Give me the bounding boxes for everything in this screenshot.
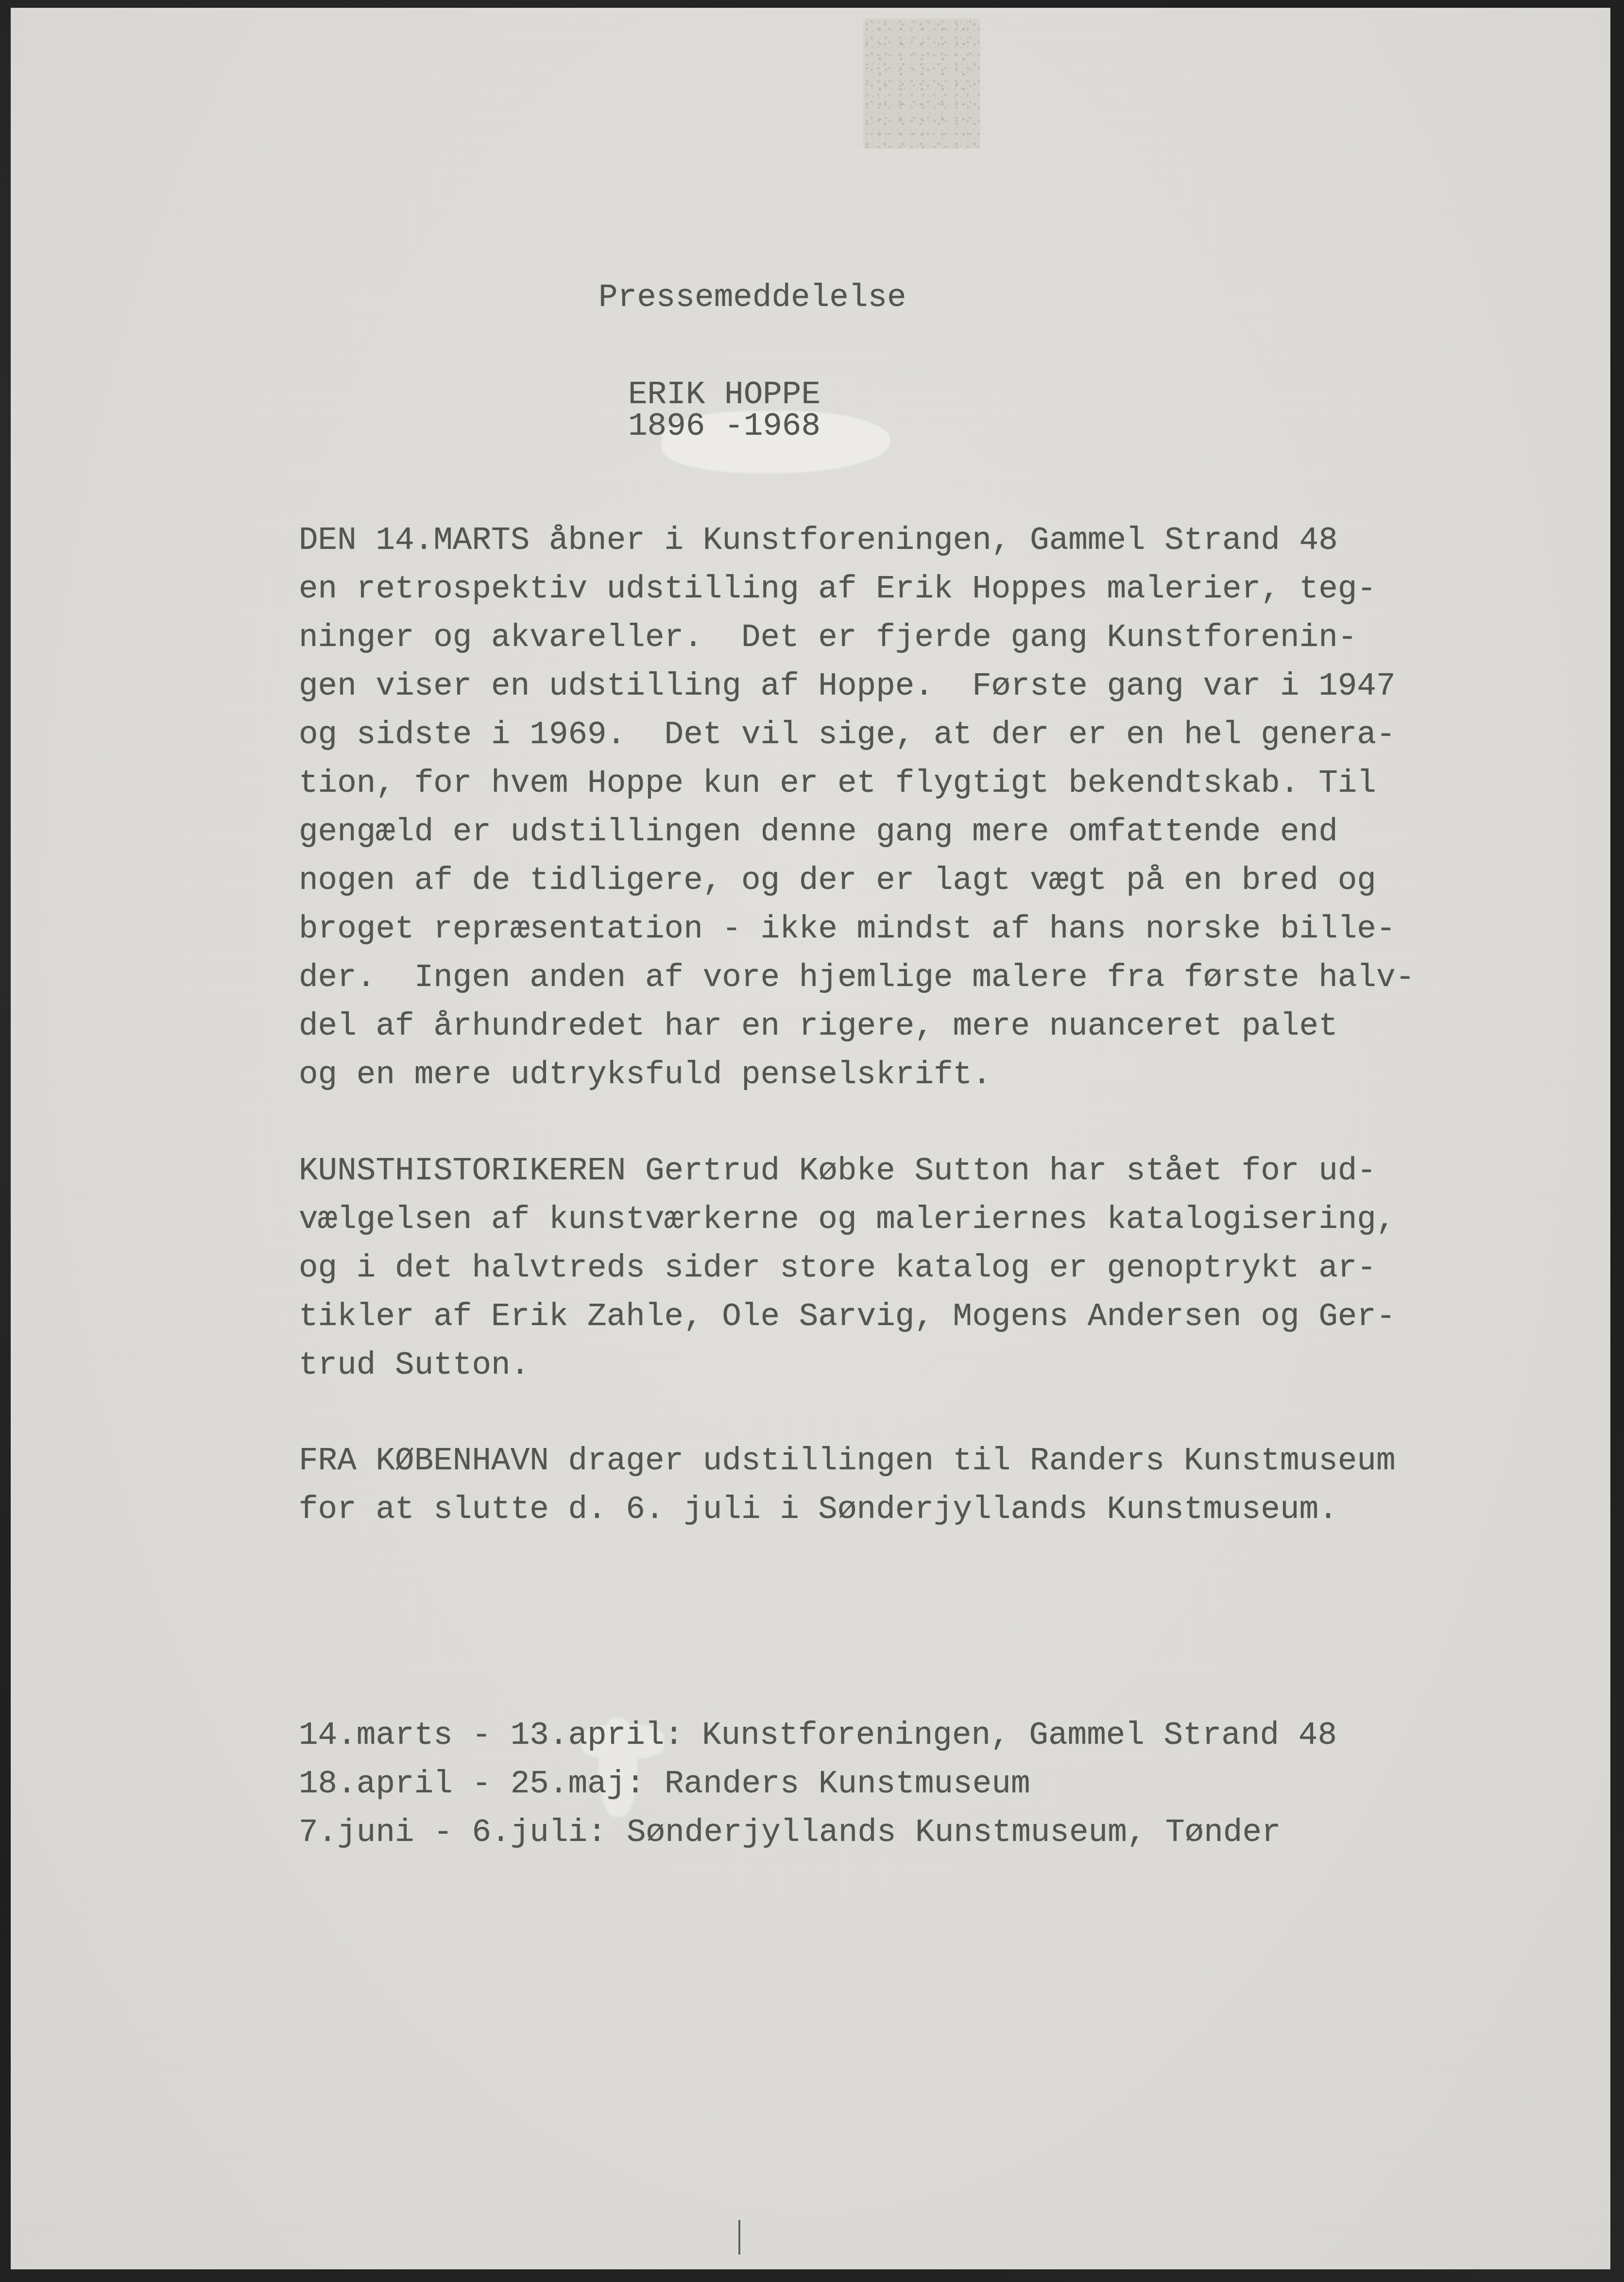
subject-dates: 1896 -1968 (628, 410, 821, 443)
paragraph-line: for at slutte d. 6. juli i Sønderjylland… (299, 1494, 1338, 1526)
subject-name: ERIK HOPPE (628, 379, 821, 411)
paragraph-line: og i det halvtreds sider store katalog e… (299, 1252, 1376, 1284)
paragraph-line: gen viser en udstilling af Hoppe. Første… (299, 670, 1396, 702)
paragraph-line: tikler af Erik Zahle, Ole Sarvig, Mogens… (299, 1301, 1396, 1333)
paragraph-line: en retrospektiv udstilling af Erik Hoppe… (299, 573, 1376, 605)
paragraph-line: DEN 14.MARTS åbner i Kunstforeningen, Ga… (299, 525, 1338, 557)
paper-residue-patch (863, 18, 980, 149)
paragraph-line: del af århundredet har en rigere, mere n… (299, 1010, 1338, 1042)
paragraph-line: trud Sutton. (299, 1349, 530, 1381)
paragraph-line: gengæld er udstillingen denne gang mere … (299, 816, 1338, 848)
paragraph-line: FRA KØBENHAVN drager udstillingen til Ra… (299, 1445, 1396, 1477)
paragraph-line: og en mere udtryksfuld penselskrift. (299, 1059, 991, 1091)
schedule-venue: Kunstforeningen, Gammel Strand 48 (702, 1720, 1337, 1752)
paragraph-line: der. Ingen anden af vore hjemlige malere… (299, 962, 1415, 994)
paragraph-line: KUNSTHISTORIKEREN Gertrud Købke Sutton h… (299, 1155, 1376, 1187)
pencil-mark (738, 2220, 740, 2255)
paragraph-line: broget repræsentation - ikke mindst af h… (299, 913, 1396, 945)
schedule-dates: 14.marts - 13.april: (299, 1720, 684, 1752)
paragraph-line: vælgelsen af kunstværkerne og malerierne… (299, 1204, 1396, 1236)
paragraph-line: ninger og akvareller. Det er fjerde gang… (299, 622, 1357, 654)
schedule-venue: Sønderjyllands Kunstmuseum, Tønder (627, 1817, 1281, 1849)
schedule-dates: 7.juni - 6.juli: (299, 1817, 607, 1849)
document-page (11, 8, 1610, 2269)
paragraph-line: og sidste i 1969. Det vil sige, at der e… (299, 719, 1396, 751)
schedule-dates: 18.april - 25.maj: (299, 1768, 645, 1800)
schedule-venue: Randers Kunstmuseum (665, 1768, 1030, 1800)
paragraph-line: nogen af de tidligere, og der er lagt væ… (299, 865, 1376, 897)
paragraph-line: tion, for hvem Hoppe kun er et flygtigt … (299, 767, 1376, 800)
page-title: Pressemeddelelse (598, 282, 906, 314)
